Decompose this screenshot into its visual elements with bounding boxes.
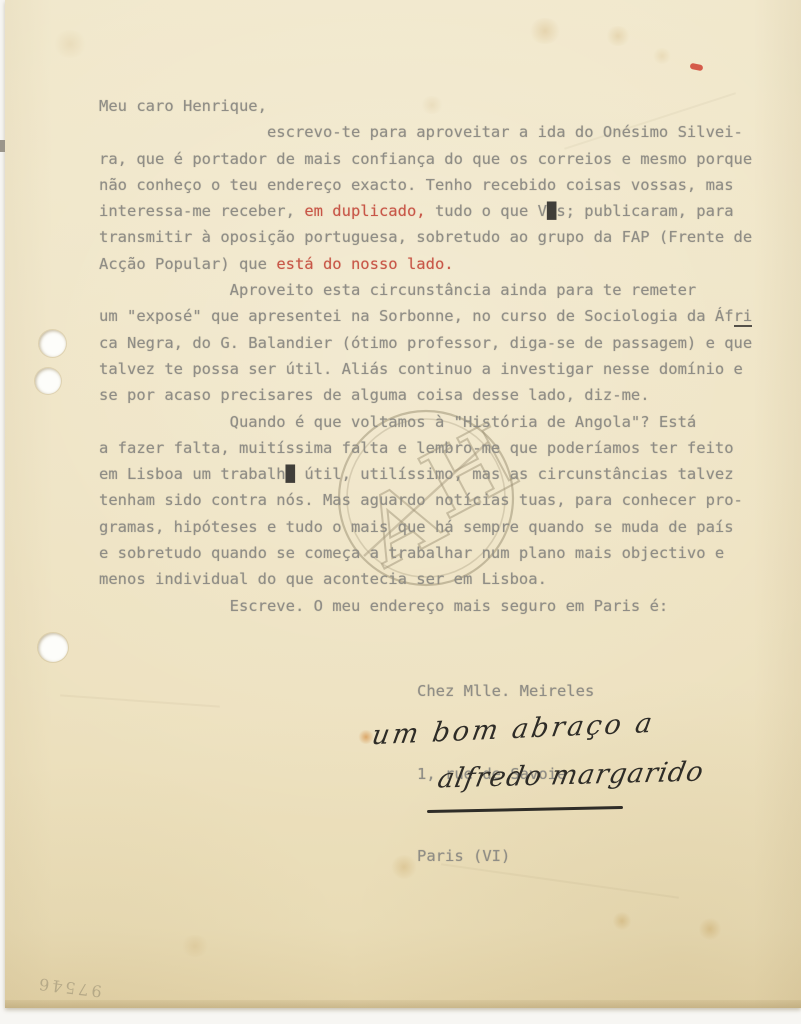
typewritten-text: Meu caro Henrique, — [99, 97, 267, 115]
typewritten-text: transmitir à oposição portuguesa, sobret… — [99, 228, 752, 246]
typewritten-text: a fazer falta, muitíssima falta e lembro… — [99, 439, 734, 457]
letter-line: tenham sido contra nós. Mas aguardo notí… — [99, 487, 775, 513]
address-block: Chez Mlle. Meireles 1, rue de Savoie Par… — [417, 623, 594, 898]
typewritten-text: ca Negra, do G. Balandier (ótimo profess… — [99, 334, 752, 352]
typewritten-text: Escreve. O meu endereço mais seguro em P… — [99, 597, 668, 615]
red-emphasis-text: em duplicado, — [304, 202, 425, 220]
typewritten-text: não conheço o teu endereço exacto. Tenho… — [99, 176, 734, 194]
overstrike-blot: █ — [547, 202, 556, 220]
address-line: 1, rue de Savoie — [417, 761, 594, 789]
letter-line: Acção Popular) que está do nosso lado. — [99, 251, 775, 277]
letter-line: em Lisboa um trabalh█ útil, utilíssimo, … — [99, 461, 775, 487]
typewritten-text: se por acaso precisares de alguma coisa … — [99, 386, 650, 404]
address-line: Paris (VI) — [417, 843, 594, 871]
typewritten-text: gramas, hipóteses e tudo o mais que há s… — [99, 518, 734, 536]
typewritten-text: tenham sido contra nós. Mas aguardo notí… — [99, 491, 743, 509]
letter-line: ra, que é portador de mais confiança do … — [99, 146, 775, 172]
underlined-text: ri — [734, 307, 753, 327]
punch-hole — [39, 330, 66, 357]
letter-line: escrevo-te para aproveitar a ida do Onés… — [99, 119, 775, 145]
letter-line: Quando é que voltamos à "História de Ang… — [99, 409, 775, 435]
typewritten-text: útil, utilíssimo, mas as circunstâncias … — [295, 465, 734, 483]
address-line: Chez Mlle. Meireles — [417, 678, 594, 706]
letter-line: interessa-me receber, em duplicado, tudo… — [99, 198, 775, 224]
letter-line: e sobretudo quando se começa a trabalhar… — [99, 540, 775, 566]
letter-body: Meu caro Henrique, escrevo-te para aprov… — [99, 93, 775, 619]
typewritten-text: escrevo-te para aproveitar a ida do Onés… — [99, 123, 743, 141]
letter-line: se por acaso precisares de alguma coisa … — [99, 382, 775, 408]
typewritten-text: um "exposé" que apresentei na Sorbonne, … — [99, 307, 734, 325]
typewritten-text: Acção Popular) que — [99, 255, 276, 273]
letter-line: gramas, hipóteses e tudo o mais que há s… — [99, 514, 775, 540]
letter-line: não conheço o teu endereço exacto. Tenho… — [99, 172, 775, 198]
typewritten-text: talvez te possa ser útil. Aliás continuo… — [99, 360, 743, 378]
typewritten-text: ra, que é portador de mais confiança do … — [99, 150, 752, 168]
letter-line: talvez te possa ser útil. Aliás continuo… — [99, 356, 775, 382]
typewritten-text: Aproveito esta circunstância ainda para … — [99, 281, 696, 299]
typewritten-text: Quando é que voltamos à "História de Ang… — [99, 413, 696, 431]
typewritten-text: s; publicaram, para — [556, 202, 733, 220]
letter-line: transmitir à oposição portuguesa, sobret… — [99, 224, 775, 250]
paper-bottom-edge — [5, 1000, 801, 1008]
letter-line: um "exposé" que apresentei na Sorbonne, … — [99, 303, 775, 329]
letter-line: a fazer falta, muitíssima falta e lembro… — [99, 435, 775, 461]
letter-line: Aproveito esta circunstância ainda para … — [99, 277, 775, 303]
typewritten-text: em Lisboa um trabalh — [99, 465, 286, 483]
typewritten-text: e sobretudo quando se começa a trabalhar… — [99, 544, 724, 562]
scanned-letter-page: { "letter": { "language": "pt", "body_li… — [0, 0, 801, 1024]
punch-hole — [38, 633, 68, 662]
edge-mark — [0, 140, 5, 152]
red-emphasis-text: está do nosso lado. — [276, 255, 453, 273]
typewritten-text: interessa-me receber, — [99, 202, 304, 220]
typewritten-text: menos individual do que acontecia ser em… — [99, 570, 547, 588]
letter-line: Escreve. O meu endereço mais seguro em P… — [99, 593, 775, 619]
letter-line: Meu caro Henrique, — [99, 93, 775, 119]
letter-line: ca Negra, do G. Balandier (ótimo profess… — [99, 330, 775, 356]
overstrike-blot: █ — [286, 465, 295, 483]
punch-hole — [35, 368, 61, 394]
typewritten-text: tudo o que V — [426, 202, 547, 220]
letter-line: menos individual do que acontecia ser em… — [99, 566, 775, 592]
